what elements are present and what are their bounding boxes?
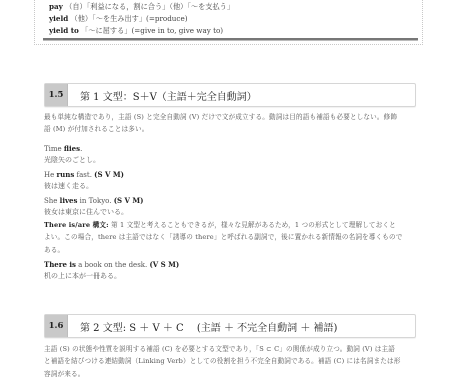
section-1-5-intro: 最も単純な構造であり，主語 (S) と完全自動詞 (V) だけで文が成立する。動…: [44, 111, 416, 136]
example-pattern-tag: (V S M): [149, 260, 179, 269]
intro-line: と補語を結びつける連結動詞（Linking Verb）としての役割を担う不完全自…: [44, 355, 416, 367]
example-he-runs: He runs fast. (S V M) 彼は速く走る。: [44, 169, 124, 192]
section-1-6-intro: 主語 (S) の状態や性質を説明する補語 (C) を必要とする文型であり，「S …: [44, 343, 416, 380]
note-text: ある。: [44, 244, 416, 256]
intro-line: 主語 (S) の状態や性質を説明する補語 (C) を必要とする文型であり，「S …: [44, 343, 416, 355]
there-is-are-note: There is/are 構文: 第 1 文型と考えることもできるが，様々な見解…: [44, 219, 416, 256]
vocab-line-yield-to: yield to 「〜に屈する」(=give in to, give way t…: [49, 26, 223, 36]
section-number: 1.6: [45, 315, 68, 337]
vocab-word: pay: [49, 2, 63, 11]
box-bottom-rule: [43, 38, 418, 40]
vocab-word: yield: [49, 14, 68, 23]
section-title: 第 1 文型：S＋V（主語＋完全自動詞）: [68, 84, 257, 106]
example-text: She: [44, 197, 60, 205]
example-text: Time: [44, 145, 64, 153]
intro-line: 容詞が来る。: [44, 368, 416, 380]
vocab-meaning: 「〜に屈する」(=give in to, give way to): [81, 26, 223, 35]
note-text: 第 1 文型と考えることもできるが，様々な見解があるため，1 つの形式として理解…: [109, 221, 396, 229]
note-text: よい。この場合，there は主語ではなく「誘導の there」と呼ばれる副詞で…: [44, 231, 416, 243]
example-she-lives: She lives in Tokyo. (S V M) 彼女は東京に住んでいる。: [44, 195, 143, 218]
example-text: .: [80, 145, 82, 153]
vocab-line-yield: yield （他）「〜を生み出す」(=produce): [49, 14, 188, 24]
example-pattern-tag: (S V M): [94, 170, 124, 179]
note-label: There is/are 構文:: [44, 221, 109, 229]
example-verb: There is: [44, 260, 76, 269]
vocab-meaning: （自）「利益になる，割に合う」（他）「〜を支払う」: [65, 2, 234, 11]
example-text: in Tokyo.: [77, 197, 113, 205]
section-title: 第 2 文型: S ＋ V ＋ C (主語 ＋ 不完全自動詞 ＋ 補語): [68, 315, 337, 337]
vocabulary-box: pay （自）「利益になる，割に合う」（他）「〜を支払う」 yield （他）「…: [34, 0, 423, 45]
section-number: 1.5: [45, 84, 68, 106]
example-text: He: [44, 171, 56, 179]
example-there-is: There is a book on the desk. (V S M) 机の上…: [44, 259, 179, 282]
example-translation: 机の上に本が一冊ある。: [44, 271, 179, 282]
vocab-word: yield to: [49, 26, 79, 35]
example-translation: 彼は速く走る。: [44, 181, 124, 192]
example-verb: flies: [64, 144, 80, 153]
section-heading-1-5: 1.5 第 1 文型：S＋V（主語＋完全自動詞）: [44, 83, 416, 107]
example-verb: lives: [60, 196, 78, 205]
intro-line: 最も単純な構造であり，主語 (S) と完全自動詞 (V) だけで文が成立する。動…: [44, 111, 416, 123]
example-time-flies: Time flies. 光陰矢のごとし。: [44, 143, 100, 166]
vocab-meaning: （他）「〜を生み出す」(=produce): [71, 14, 188, 23]
example-pattern-tag: (S V M): [114, 196, 144, 205]
intro-line: 語 (M) が付加されることは多い。: [44, 123, 416, 135]
example-translation: 彼女は東京に住んでいる。: [44, 207, 143, 218]
vocab-line-pay: pay （自）「利益になる，割に合う」（他）「〜を支払う」: [49, 2, 234, 12]
example-verb: runs: [56, 170, 74, 179]
section-heading-1-6: 1.6 第 2 文型: S ＋ V ＋ C (主語 ＋ 不完全自動詞 ＋ 補語): [44, 314, 416, 338]
example-text: fast.: [74, 171, 94, 179]
example-text: a book on the desk.: [76, 261, 150, 269]
example-translation: 光陰矢のごとし。: [44, 155, 100, 166]
